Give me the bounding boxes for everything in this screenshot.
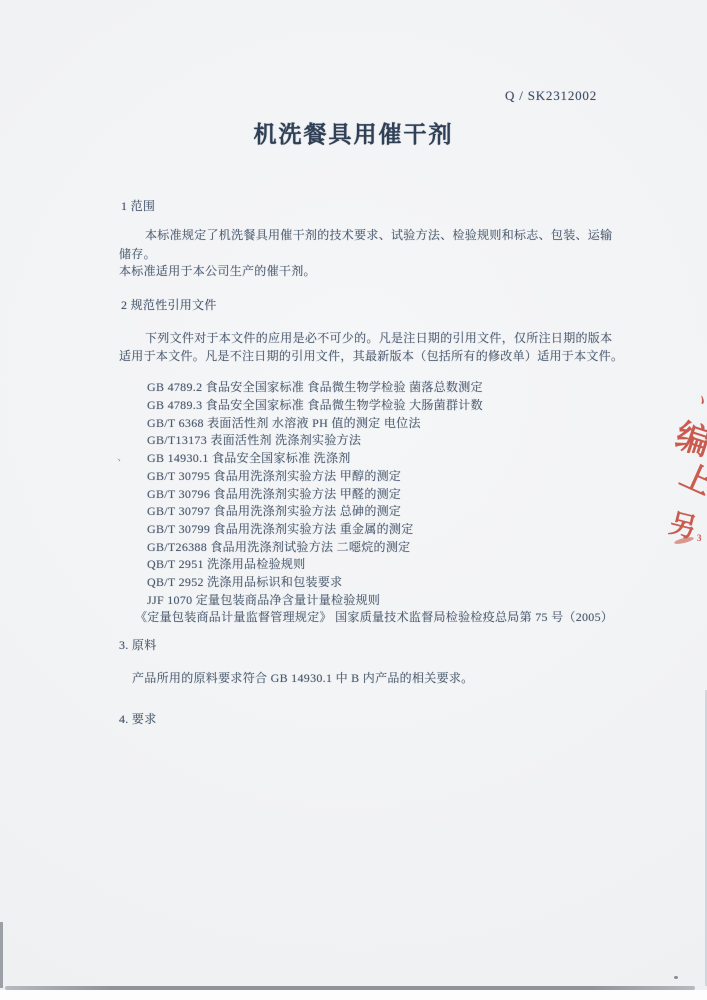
- red-seal-stamp: 丶 编 上 另 3: [660, 392, 707, 560]
- scope-body-line-2: 储存。: [119, 247, 156, 261]
- reference-item: GB/T 30799 食品用洗涤剂实验方法 重金属的测定: [147, 522, 414, 536]
- scan-bottom-margin: [0, 990, 707, 1000]
- doc-number: Q / SK2312002: [505, 88, 597, 104]
- reference-item: GB/T 30795 食品用洗涤剂实验方法 甲醇的测定: [147, 469, 401, 483]
- section-requirements-heading: 4. 要求: [119, 712, 157, 726]
- stamp-fragment-mid: 上: [674, 450, 707, 504]
- reference-item: GB 4789.2 食品安全国家标准 食品微生物学检验 菌落总数测定: [147, 380, 483, 394]
- materials-body: 产品所用的原料要求符合 GB 14930.1 中 B 内产品的相关要求。: [132, 671, 473, 685]
- reference-item: QB/T 2951 洗涤用品检验规则: [147, 557, 306, 571]
- reference-item: GB 14930.1 食品安全国家标准 洗涤剂: [147, 451, 351, 465]
- stamp-fragment-low: 另: [666, 501, 702, 545]
- scanned-document-page: Q / SK2312002 机洗餐具用催干剂 1 范围 本标准规定了机洗餐具用催…: [0, 0, 707, 1000]
- scope-body-line-3: 本标准适用于本公司生产的催干剂。: [119, 264, 316, 278]
- section-references-heading: 2 规范性引用文件: [121, 298, 217, 312]
- scope-body-line-1: 本标准规定了机洗餐具用催干剂的技术要求、试验方法、检验规则和标志、包装、运输: [145, 228, 612, 242]
- reference-item: GB/T 6368 表面活性剂 水溶液 PH 值的测定 电位法: [147, 416, 421, 430]
- references-intro-line-1: 下列文件对于本文件的应用是必不可少的。凡是注日期的引用文件，仅所注日期的版本: [145, 331, 612, 345]
- scan-left-edge: [0, 922, 3, 988]
- references-intro-line-2: 适用于本文件。凡是不注日期的引用文件，其最新版本（包括所有的修改单）适用于本文件…: [119, 349, 623, 363]
- stamp-fragment-tick: 丶: [689, 392, 707, 413]
- reference-item: 《定量包装商品计量监督管理规定》 国家质量技术监督局检验检疫总局第 75 号（2…: [135, 610, 613, 624]
- reference-item: QB/T 2952 洗涤用品标识和包装要求: [147, 575, 342, 589]
- reference-item: JJF 1070 定量包装商品净含量计量检验规则: [147, 593, 380, 607]
- section-materials-heading: 3. 原料: [119, 638, 157, 652]
- reference-item: GB/T 30796 食品用洗涤剂实验方法 甲醛的测定: [147, 487, 401, 501]
- scan-dust-speck: [674, 976, 678, 979]
- stamp-fragment-top: 编: [670, 408, 707, 465]
- stray-scan-mark: 、: [117, 448, 128, 464]
- reference-item: GB/T26388 食品用洗涤剂试验方法 二噁烷的测定: [147, 540, 410, 554]
- reference-item: GB/T13173 表面活性剂 洗涤剂实验方法: [147, 433, 361, 447]
- stamp-small-mark: 3: [697, 533, 702, 543]
- stamp-smudge: [674, 536, 695, 546]
- page-title: 机洗餐具用催干剂: [0, 116, 707, 149]
- reference-item: GB 4789.3 食品安全国家标准 食品微生物学检验 大肠菌群计数: [147, 398, 483, 412]
- reference-item: GB/T 30797 食品用洗涤剂实验方法 总砷的测定: [147, 504, 401, 518]
- section-scope-heading: 1 范围: [121, 199, 155, 213]
